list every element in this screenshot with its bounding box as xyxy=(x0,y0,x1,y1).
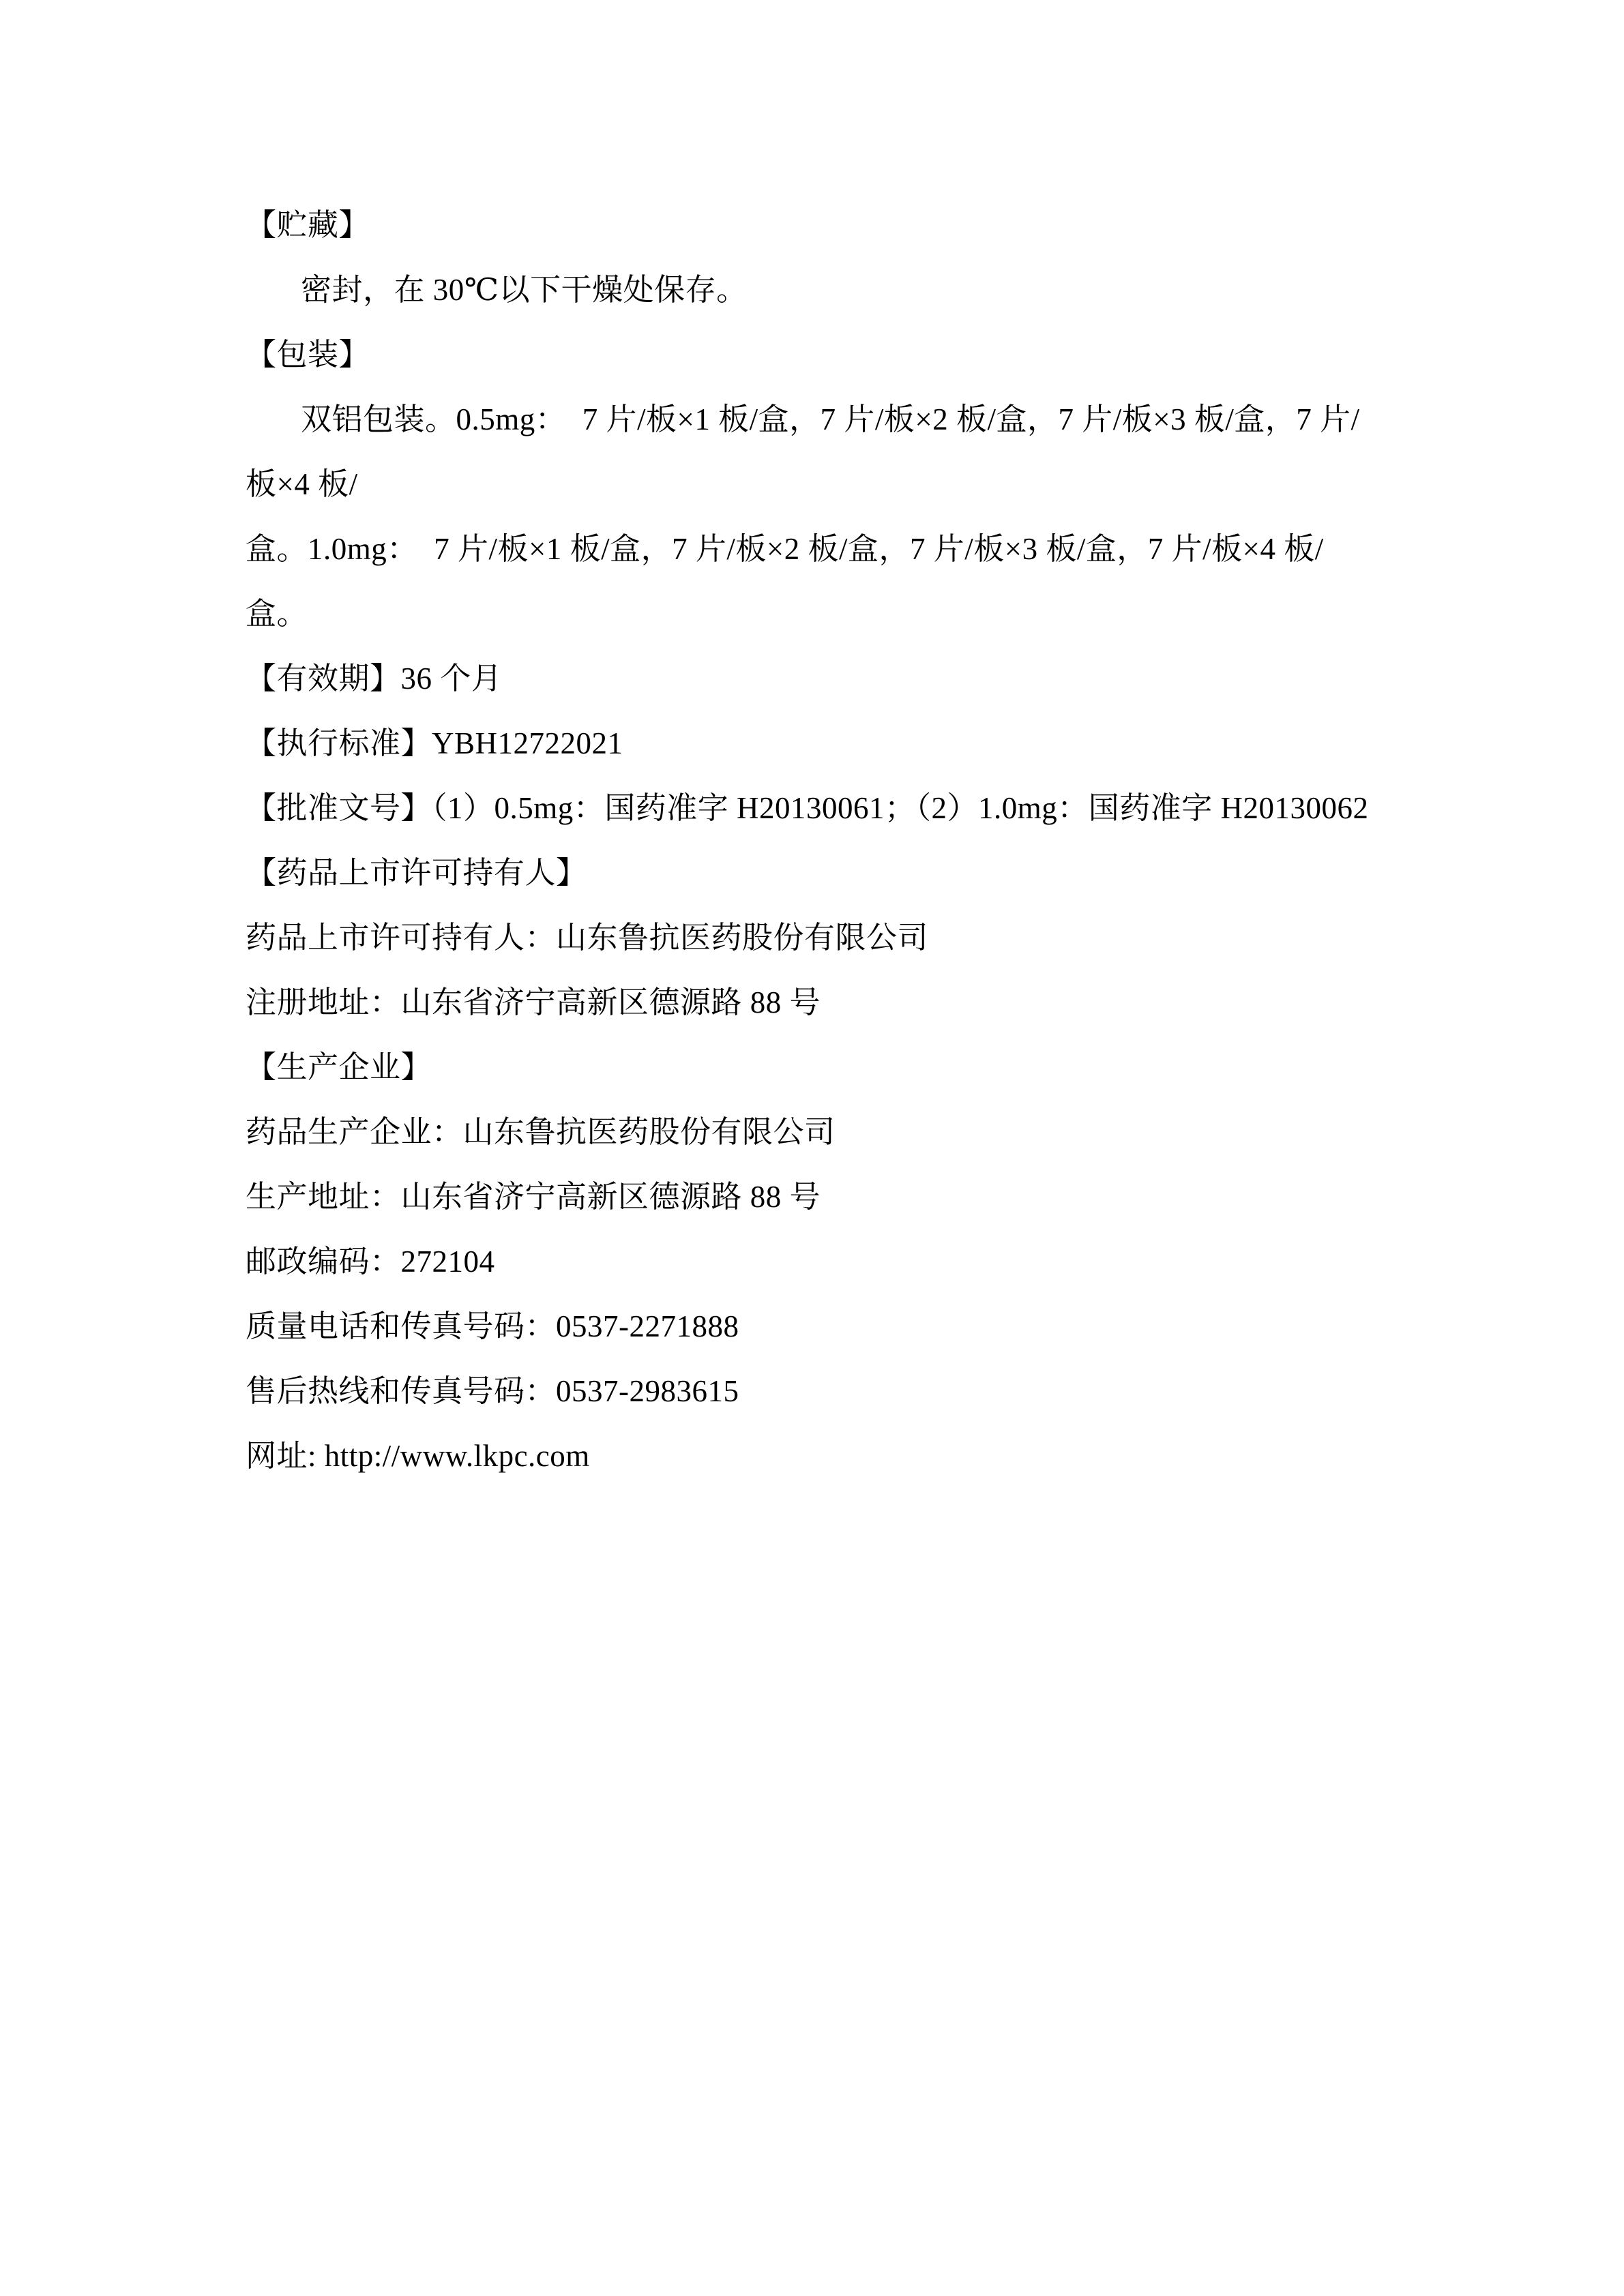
executive-standard-line: 【执行标准】YBH12722021 xyxy=(246,711,1381,776)
website-line: 网址: http://www.lkpc.com xyxy=(246,1424,1381,1489)
mah-registered-address-line: 注册地址：山东省济宁高新区德源路 88 号 xyxy=(246,970,1381,1035)
manufacturer-name-line: 药品生产企业：山东鲁抗医药股份有限公司 xyxy=(246,1100,1381,1165)
manufacturer-section-header: 【生产企业】 xyxy=(246,1035,1381,1100)
packaging-spec-line-1: 双铝包装。0.5mg： 7 片/板×1 板/盒，7 片/板×2 板/盒，7 片/… xyxy=(246,387,1381,517)
packaging-section-header: 【包装】 xyxy=(246,323,1381,387)
manufacturer-address-line: 生产地址：山东省济宁高新区德源路 88 号 xyxy=(246,1165,1381,1229)
postal-code-line: 邮政编码：272104 xyxy=(246,1229,1381,1294)
storage-section-header: 【贮藏】 xyxy=(246,193,1381,258)
approval-number-line: 【批准文号】（1）0.5mg：国药准字 H20130061；（2）1.0mg：国… xyxy=(246,776,1381,841)
document-page: 【贮藏】 密封，在 30℃以下干燥处保存。 【包装】 双铝包装。0.5mg： 7… xyxy=(0,0,1624,2296)
document-content: 【贮藏】 密封，在 30℃以下干燥处保存。 【包装】 双铝包装。0.5mg： 7… xyxy=(246,193,1381,1489)
storage-instructions: 密封，在 30℃以下干燥处保存。 xyxy=(246,258,1381,323)
mah-holder-line: 药品上市许可持有人：山东鲁抗医药股份有限公司 xyxy=(246,906,1381,970)
shelf-life-line: 【有效期】36 个月 xyxy=(246,646,1381,711)
quality-phone-line: 质量电话和传真号码：0537-2271888 xyxy=(246,1294,1381,1359)
after-sales-hotline-line: 售后热线和传真号码：0537-2983615 xyxy=(246,1359,1381,1424)
packaging-spec-line-2: 盒。1.0mg： 7 片/板×1 板/盒，7 片/板×2 板/盒，7 片/板×3… xyxy=(246,517,1381,646)
mah-section-header: 【药品上市许可持有人】 xyxy=(246,841,1381,906)
